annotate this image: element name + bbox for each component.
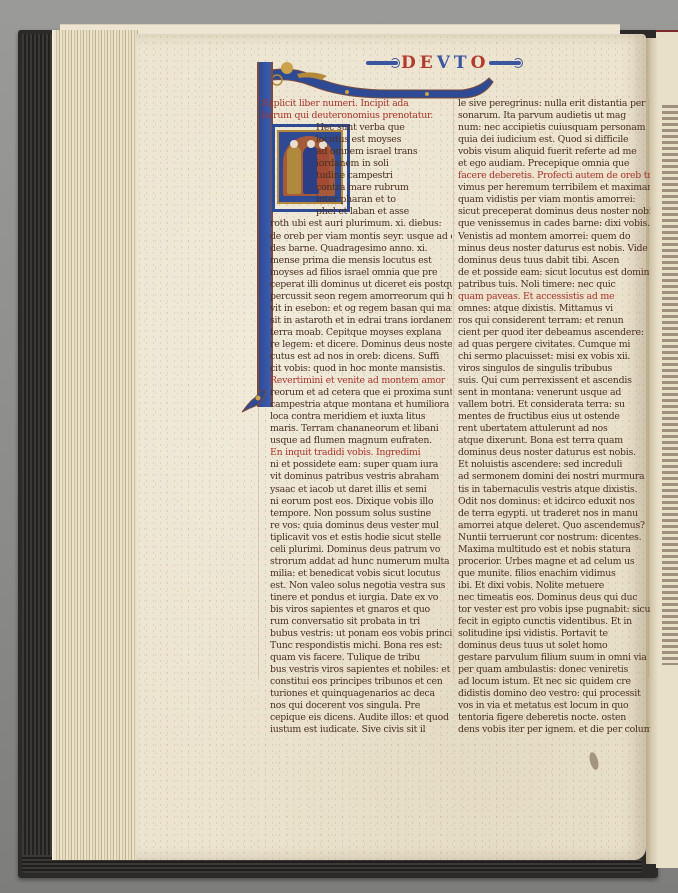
text-line: nos qui docerent vos singula. Pre [262,700,452,712]
text-line: chi sermo placuisset: misi ex vobis xii. [458,351,650,363]
text-line: loca contra meridiem et iuxta litus [262,411,452,423]
text-line: ad locum istum. Et nec sic quidem cre [458,676,650,688]
text-line: cepique eis dicens. Audite illos: et quo… [262,712,452,724]
text-line: vit in esebon: et og regem basan qui man [262,303,452,315]
text-line: vallem botri. Et considerata terra: su [458,399,650,411]
text-line: dominus deus tuus dabit tibi. Ascen [458,255,650,267]
text-line: gestare parvulum filium suum in omni via [458,652,650,664]
text-line: ni eorum post eos. Dixique vobis illo [262,496,452,508]
text-line: ysaac et iacob ut daret illis et semi [262,484,452,496]
text-line: maris. Terram chananeorum et libani [262,423,452,435]
text-line: dens vobis iter per ignem. et die per co… [458,724,650,736]
text-line: tor vester est pro vobis ipse pugnabit: … [458,604,650,616]
text-line: bus vestris viros sapientes et nobiles: … [262,664,452,676]
text-line: per quam ambulastis: donec veniretis [458,664,650,676]
text-line: Et noluistis ascendere: sed increduli [458,459,650,471]
text-line: que munite. filios enachim vidimus [458,568,650,580]
text-line: quam vidistis per viam montis amorrei: [458,194,650,206]
text-line: omnes: atque dixistis. Mittamus vi [458,303,650,315]
text-line: Venistis ad montem amorrei: quem do [458,231,650,243]
text-line: ad quas pergere civitates. Cumque mi [458,339,650,351]
text-line: vobis visum aliquid fuerit referte ad me [458,146,650,158]
rubric-line: barum qui deuteronomius prenotatur. [262,110,452,122]
text-line: dominus deus tuus ut solet homo [458,640,650,652]
text-line: Maxima multitudo est et nobis statura [458,544,650,556]
text-line: contra mare rubrum [262,182,452,194]
text-line: sent in montana: venerunt usque ad [458,387,650,399]
text-line: cutus est ad nos in oreb: dicens. Suffi [262,351,452,363]
text-line: nec timeatis eos. Dominus deus qui duc [458,592,650,604]
text-line: re legem: et dicere. Dominus deus noster… [262,339,452,351]
text-line: suis. Qui cum perrexissent et ascendis [458,375,650,387]
text-line: roth ubi est auri plurimum. xi. diebus: [262,218,452,230]
text-line: quia dei iudicium est. Quod si difficile [458,134,650,146]
text-line: ad sermonem domini dei nostri murmura [458,471,650,483]
text-line: terra moab. Cepitque moyses explana [262,327,452,339]
facing-page-text [662,105,678,665]
text-line: vit dominus patribus vestris abraham [262,471,452,483]
text-line: reorum et ad cetera que ei proxima sunt. [262,387,452,399]
text-line: ibi. Et dixi vobis. Nolite metuere [458,580,650,592]
text-line: vos in via et metatus est locum in quo [458,700,650,712]
text-line: ros qui considerent terram: et renun [458,315,650,327]
text-line: percussit seon regem amorreorum qui habi… [262,291,452,303]
text-line: solitudine ipsi vidistis. Portavit te [458,628,650,640]
text-line: le sive peregrinus: nulla erit distantia… [458,98,650,110]
cover-spine-edge [22,34,52,870]
text-line: Revertimini et venite ad montem amor [262,375,452,387]
text-column-left: Explicit liber numeri. Incipit ada barum… [262,98,452,736]
text-line: de terra egypti. ut traderet nos in manu [458,508,650,520]
text-line: des barne. Quadragesimo anno. xi. [262,243,452,255]
text-line: constitui eos principes tribunos et cen [262,676,452,688]
text-line: Tunc respondistis michi. Bona res est: [262,640,452,652]
text-line: atque dixerunt. Bona est terra quam [458,435,650,447]
text-line: ceperat illi dominus ut diceret eis post… [262,279,452,291]
text-line: phel et laban et asse [262,206,452,218]
text-line: milia: et benedicat vobis sicut locutus [262,568,452,580]
text-line: Nuntii terruerunt cor nostrum: dicentes. [458,532,650,544]
rubric-line: Explicit liber numeri. Incipit ada [262,98,452,110]
text-line: tempore. Non possum solus sustine [262,508,452,520]
text-line: de et posside eam: sicut locutus est dom… [458,267,650,279]
text-line: de oreb per viam montis seyr. usque ad c… [262,231,452,243]
text-line: iordanem in soli [262,158,452,170]
text-column-right: le sive peregrinus: nulla erit distantia… [458,98,650,736]
text-line: strorum addat ad hunc numerum multa [262,556,452,568]
text-line: vimus per heremum terribilem et maximam [458,182,650,194]
text-line: re vos: quia dominus deus vester mul [262,520,452,532]
text-line: ni et possidete eam: super quam iura [262,459,452,471]
text-line: tinere et pondus et iurgia. Date ex vo [262,592,452,604]
text-line: locutus est moyses [262,134,452,146]
text-line: sicut preceperat dominus deus noster nob… [458,206,650,218]
text-line: didistis domino deo vestro: qui processi… [458,688,650,700]
text-line: mentes de fructibus eius ut ostende [458,411,650,423]
text-line: iustum est iudicate. Sive civis sit il [262,724,452,736]
text-line: usque ad flumen magnum eufraten. [262,435,452,447]
text-line: rent ubertatem attulerunt ad nos [458,423,650,435]
page-stack-fore-edge [52,30,140,860]
text-line: cit vobis: quod in hoc monte mansistis. [262,363,452,375]
text-line: sit in astaroth et in edrai trans iordan… [262,315,452,327]
text-line: bubus vestris: ut ponam eos vobis princi… [262,628,452,640]
text-line: celi plurimi. Dominus deus patrum vo [262,544,452,556]
text-line: Hec sunt verba que [262,122,452,134]
text-line: quam paveas. Et accessistis ad me [458,291,650,303]
text-line: quam vis facere. Tulique de tribu [262,652,452,664]
text-line: tis in tabernaculis vestris atque dixist… [458,484,650,496]
text-line: En inquit tradidi vobis. Ingredimi [262,447,452,459]
text-line: ad omnem israel trans [262,146,452,158]
text-line: mense prima die mensis locutus est [262,255,452,267]
text-line: sonarum. Ita parvum audietis ut mag [458,110,650,122]
initial-dragon-extension-icon [257,60,497,100]
text-line: Odit nos dominus: et idcirco eduxit nos [458,496,650,508]
text-line: procerior. Urbes magne et ad celum us [458,556,650,568]
text-line: facere deberetis. Profecti autem de oreb… [458,170,650,182]
text-line: turiones et quinquagenarios ac deca [262,688,452,700]
text-line: que venissemus in cades barne: dixi vobi… [458,218,650,230]
text-line: patribus tuis. Noli timere: nec quic [458,279,650,291]
text-line: num: nec accipietis cuiusquam personam [458,122,650,134]
text-line: moyses ad filios israel omnia que pre [262,267,452,279]
ruling-line [453,98,454,678]
text-line: amorrei atque deleret. Quo ascendemus? [458,520,650,532]
text-line: dominus deus noster daturus est nobis. [458,447,650,459]
text-line: cient per quod iter debeamus ascendere: [458,327,650,339]
text-line: rum conversatio sit probata in tri [262,616,452,628]
text-line: fecit in egipto cunctis videntibus. Et i… [458,616,650,628]
text-line: campestria atque montana et humiliora [262,399,452,411]
text-line: tudine campestri [262,170,452,182]
text-line: minus deus noster daturus est nobis. Vid… [458,243,650,255]
text-line: tiplicavit vos et estis hodie sicut stel… [262,532,452,544]
text-line: et ego audiam. Precepique omnia que [458,158,650,170]
text-line: viros singulos de singulis tribubus [458,363,650,375]
text-line: tentoria figere deberetis nocte. osten [458,712,650,724]
text-line: est. Non valeo solus negotia vestra sus [262,580,452,592]
text-line: bis viros sapientes et gnaros et quo [262,604,452,616]
text-line: inter pharan et to [262,194,452,206]
